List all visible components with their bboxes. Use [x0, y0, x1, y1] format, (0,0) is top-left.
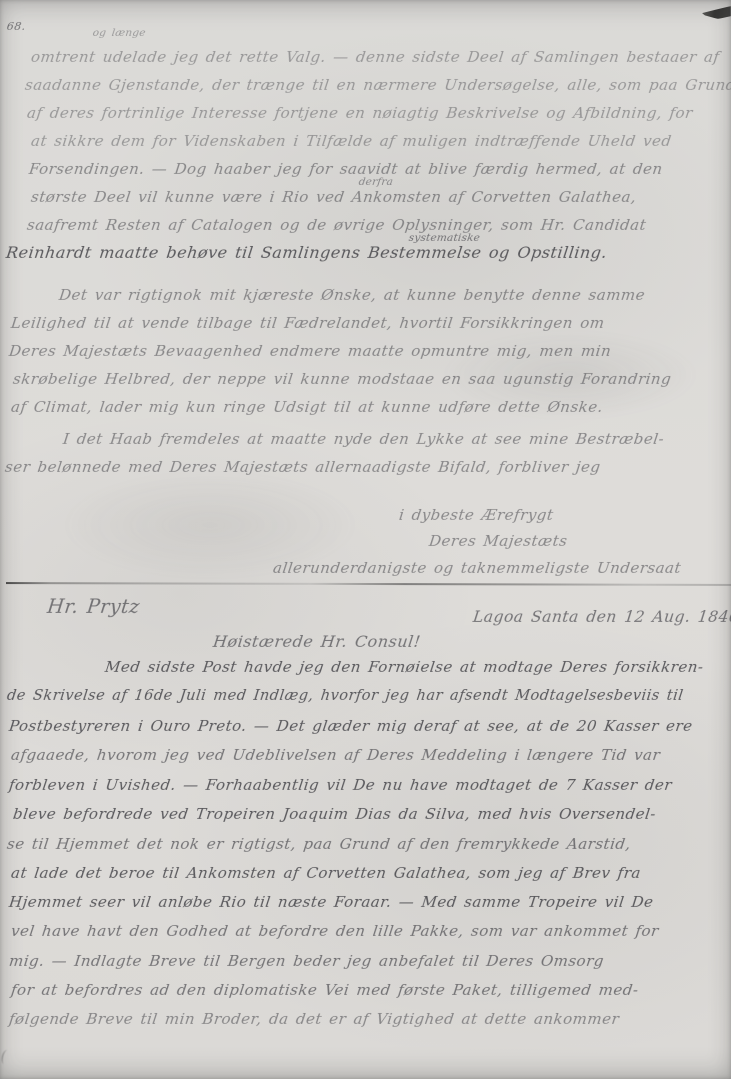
handwriting-line: Hjemmet seer vil anløbe Rio til næste Fo…: [8, 893, 655, 911]
handwriting-line: saadanne Gjenstande, der trænge til en n…: [24, 76, 731, 94]
handwriting-line: Postbestyreren i Ouro Preto. — Det glæde…: [8, 717, 694, 735]
handwriting-line: Forsendingen. — Dog haaber jeg for saavi…: [28, 160, 664, 178]
scanned-letter-page: 68. og længe omtrent udelade jeg det ret…: [0, 0, 731, 1079]
addressee: Hr. Prytz: [46, 596, 141, 618]
handwriting-line: største Deel vil kunne være i Rio ved An…: [30, 188, 637, 206]
handwriting-line: ser belønnede med Deres Majestæts allern…: [4, 458, 602, 476]
margin-speck: [0, 1049, 10, 1064]
handwriting-line: de Skrivelse af 16de Juli med Indlæg, hv…: [6, 688, 684, 704]
interlinear-insertion: derfra: [358, 176, 394, 188]
handwriting-line: vel have havt den Godhed at befordre den…: [10, 922, 660, 940]
handwriting-line: bleve befordrede ved Tropeiren Joaquim D…: [12, 805, 657, 823]
handwriting-line: at sikkre dem for Videnskaben i Tilfælde…: [30, 132, 673, 150]
handwriting-line: følgende Breve til min Broder, da det er…: [8, 1010, 620, 1028]
handwriting-line: Deres Majestæts Bevaagenhed endmere maat…: [8, 342, 612, 360]
corner-ink-mark: [702, 6, 731, 19]
section-divider-rule: [6, 582, 731, 586]
handwriting-line: Med sidste Post havde jeg den Fornøielse…: [104, 658, 705, 676]
salutation: Høistærede Hr. Consul!: [212, 632, 422, 651]
handwriting-line: Det var rigtignok mit kjæreste Ønske, at…: [58, 286, 646, 304]
closing-line: i dybeste Ærefrygt: [398, 506, 555, 524]
handwriting-line: skrøbelige Helbred, der neppe vil kunne …: [12, 370, 672, 388]
handwriting-line: Leilighed til at vende tilbage til Fædre…: [10, 314, 606, 332]
handwriting-line: afgaaede, hvorom jeg ved Udeblivelsen af…: [10, 746, 661, 764]
handwriting-line: omtrent udelade jeg det rette Valg. — de…: [30, 48, 721, 66]
page-number: 68.: [6, 20, 27, 33]
handwriting-line: Reinhardt maatte behøve til Samlingens B…: [5, 243, 608, 262]
handwriting-line: for at befordres ad den diplomatiske Vei…: [10, 981, 640, 999]
handwriting-line: af Climat, lader mig kun ringe Udsigt ti…: [10, 398, 604, 416]
closing-line: allerunderdanigste og taknemmeligste Und…: [272, 559, 682, 577]
handwriting-line: se til Hjemmet det nok er rigtigst, paa …: [6, 835, 632, 853]
handwriting-line: forbleven i Uvished. — Forhaabentlig vil…: [8, 776, 673, 794]
handwriting-line: I det Haab fremdeles at maatte nyde den …: [62, 430, 665, 448]
dateline: Lagoa Santa den 12 Aug. 1846: [472, 608, 731, 626]
handwriting-line: saafremt Resten af Catalogen og de øvrig…: [26, 216, 647, 234]
interlinear-insertion: systematiske: [408, 232, 481, 244]
handwriting-line: af deres fortrinlige Interesse fortjene …: [26, 104, 694, 122]
marginal-note: og længe: [92, 27, 146, 39]
closing-line: Deres Majestæts: [428, 532, 569, 550]
handwriting-line: mig. — Indlagte Breve til Bergen beder j…: [8, 952, 605, 970]
handwriting-line: at lade det beroe til Ankomsten af Corve…: [10, 864, 642, 882]
